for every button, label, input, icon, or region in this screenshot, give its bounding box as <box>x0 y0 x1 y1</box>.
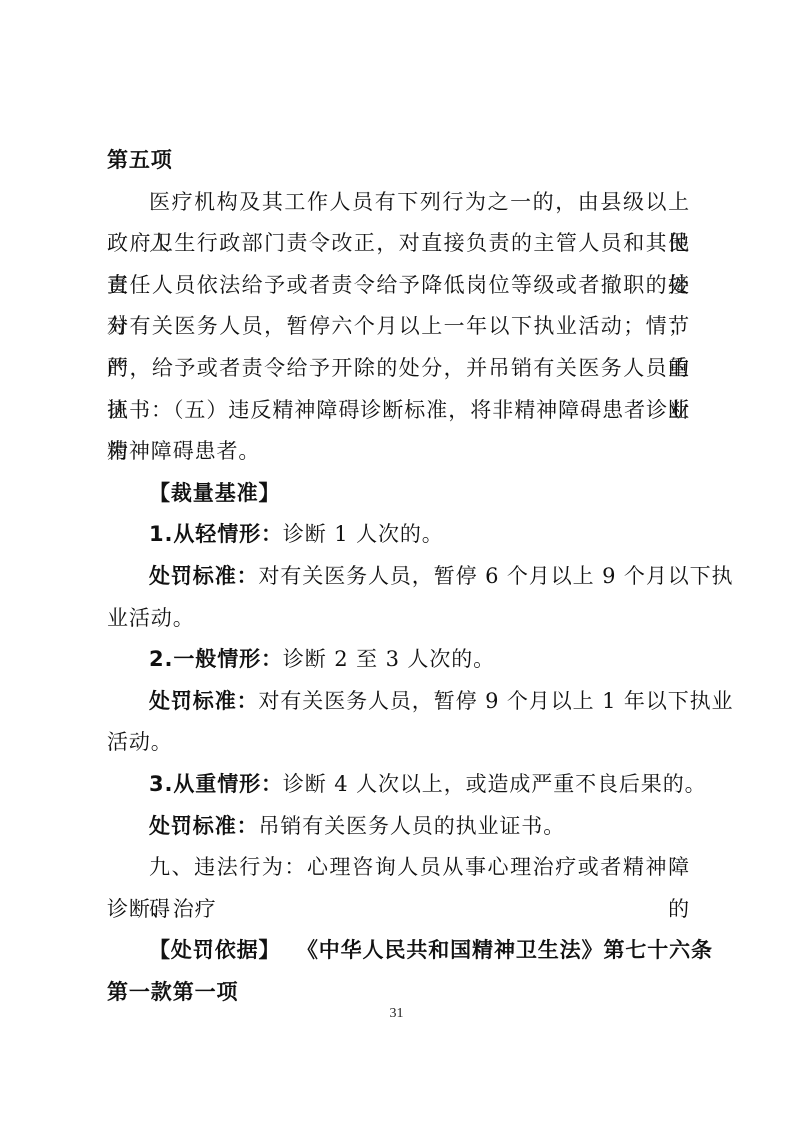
basis-line: 【处罚依据】 《中华人民共和国精神卫生法》第七十六条 <box>107 930 690 972</box>
criteria-level-normal: 2.一般情形：诊断 2 至 3 人次的。 处罚标准：对有关医务人员，暂停 9 个… <box>107 639 690 764</box>
level-condition-text: 诊断 4 人次以上，或造成严重不良后果的。 <box>283 772 707 796</box>
level-condition: 1.从轻情形：诊断 1 人次的。 <box>107 514 690 556</box>
paragraph-line: 精神障碍患者。 <box>107 431 690 473</box>
penalty-text: 对有关医务人员，暂停 9 个月以上 1 年以下执业 <box>259 689 734 713</box>
penalty-label: 处罚标准： <box>149 814 259 838</box>
paragraph-line: 政府卫生行政部门责令改正，对直接负责的主管人员和其他直接 <box>107 223 690 265</box>
penalty-text-continued: 活动。 <box>107 722 690 764</box>
violation-item: 九、违法行为：心理咨询人员从事心理治疗或者精神障碍的 诊断、治疗 <box>107 847 690 930</box>
level-condition-text: 诊断 2 至 3 人次的。 <box>283 647 495 671</box>
basis-label: 【处罚依据】 <box>149 938 280 962</box>
violation-line: 九、违法行为：心理咨询人员从事心理治疗或者精神障碍的 <box>107 847 690 889</box>
basis-text: 《中华人民共和国精神卫生法》第七十六条 <box>297 938 713 962</box>
paragraph-line: 医疗机构及其工作人员有下列行为之一的，由县级以上人民 <box>107 182 690 224</box>
paragraph-line: 证书：（五）违反精神障碍诊断标准，将非精神障碍患者诊断为 <box>107 390 690 432</box>
section-heading: 第五项 <box>107 140 690 182</box>
paragraph-line: 责任人员依法给予或者责令给予降低岗位等级或者撤职的处分； <box>107 265 690 307</box>
document-page: 第五项 医疗机构及其工作人员有下列行为之一的，由县级以上人民 政府卫生行政部门责… <box>107 140 690 1013</box>
criteria-level-light: 1.从轻情形：诊断 1 人次的。 处罚标准：对有关医务人员，暂停 6 个月以上 … <box>107 514 690 639</box>
penalty-text: 吊销有关医务人员的执业证书。 <box>259 814 566 838</box>
paragraph-line: 对有关医务人员，暂停六个月以上一年以下执业活动；情节严重 <box>107 306 690 348</box>
provision-paragraph: 医疗机构及其工作人员有下列行为之一的，由县级以上人民 政府卫生行政部门责令改正，… <box>107 182 690 473</box>
penalty-label: 处罚标准： <box>149 564 259 588</box>
level-penalty: 处罚标准：对有关医务人员，暂停 6 个月以上 9 个月以下执 <box>107 556 690 598</box>
level-label: 2.一般情形： <box>149 647 283 671</box>
penalty-text: 对有关医务人员，暂停 6 个月以上 9 个月以下执 <box>259 564 734 588</box>
paragraph-line: 的，给予或者责令给予开除的处分，并吊销有关医务人员的执业 <box>107 348 690 390</box>
penalty-basis: 【处罚依据】 《中华人民共和国精神卫生法》第七十六条 第一款第一项 <box>107 930 690 1013</box>
level-penalty: 处罚标准：对有关医务人员，暂停 9 个月以上 1 年以下执业 <box>107 681 690 723</box>
level-condition: 2.一般情形：诊断 2 至 3 人次的。 <box>107 639 690 681</box>
level-label: 1.从轻情形： <box>149 522 283 546</box>
level-condition: 3.从重情形：诊断 4 人次以上，或造成严重不良后果的。 <box>107 764 690 806</box>
level-label: 3.从重情形： <box>149 772 283 796</box>
criteria-heading: 【裁量基准】 <box>107 473 690 515</box>
level-condition-text: 诊断 1 人次的。 <box>283 522 444 546</box>
penalty-label: 处罚标准： <box>149 689 259 713</box>
criteria-level-severe: 3.从重情形：诊断 4 人次以上，或造成严重不良后果的。 处罚标准：吊销有关医务… <box>107 764 690 847</box>
level-penalty: 处罚标准：吊销有关医务人员的执业证书。 <box>107 806 690 848</box>
penalty-text-continued: 业活动。 <box>107 598 690 640</box>
page-number: 31 <box>0 1006 793 1022</box>
